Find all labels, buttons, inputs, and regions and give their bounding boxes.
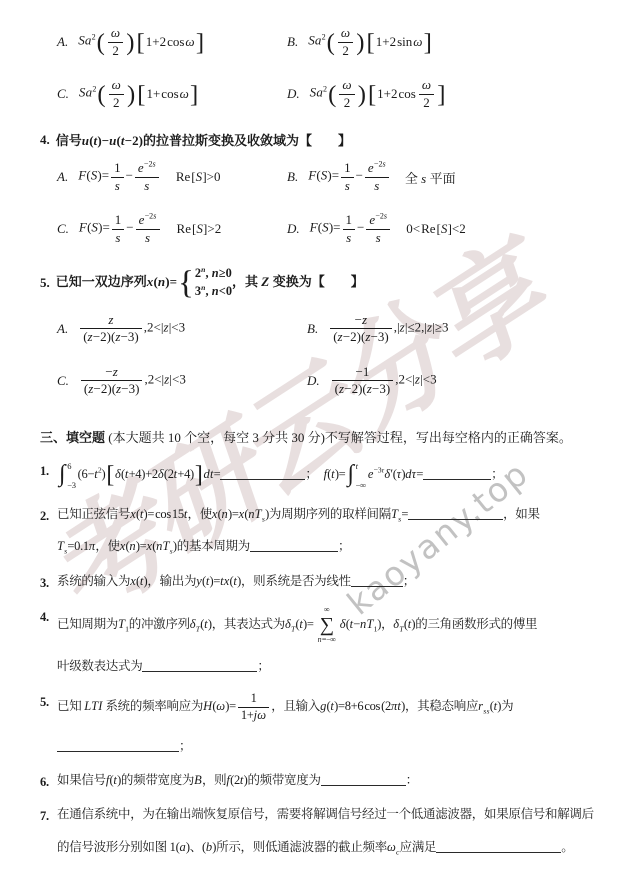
q3-option-a: A. Sa2(ω2)[1+2cosω]	[57, 20, 287, 64]
fill-item-3: 3. 系统的输入为x(t)，输出为y(t)=tx(t)，则系统是否为线性；	[40, 572, 612, 591]
blank-field	[220, 467, 305, 480]
item-line: 已知周期为T1的冲激序列δT(t)，其表达式为δT(t)=∞∑n=−∞δ(t−n…	[57, 606, 612, 644]
option-formula: z(z−2)(z−3),2<|z|<3	[78, 312, 185, 346]
q4-option-a: A. F(S)=1s−e−2ss Re[S]>0	[57, 155, 287, 199]
question5-options: A. z(z−2)(z−3),2<|z|<3 B. −z(z−2)(z−3),|…	[40, 307, 612, 403]
question-text: 信号u(t)−u(t−2)的拉普拉斯变换及收敛域为【 】	[56, 130, 351, 149]
option-label: A.	[57, 321, 68, 337]
option-formula: Sa2(ω2)[1+cosω]	[79, 77, 199, 111]
item-line: 在通信系统中，为在输出端恢复原信号，需要将解调信号经过一个低通滤波器，如果原信号…	[57, 805, 612, 824]
option-condition: 0<Re[S]<2	[406, 221, 466, 237]
q5-option-c: C. −z(z−2)(z−3),2<|z|<3	[57, 359, 307, 403]
option-formula: Sa2(ω2)[1+2sinω]	[308, 25, 433, 59]
blank-field	[250, 539, 338, 552]
item-line: 已知正弦信号x(t)=cos15t，使x(n)=x(nTs)为周期序列的取样间隔…	[57, 505, 612, 524]
item-line: 的信号波形分别如图 1(a)、(b)所示，则低通滤波器的截止频率ωc应满足。	[57, 838, 612, 857]
item-line: ；	[57, 737, 612, 756]
question4-stem: 4. 信号u(t)−u(t−2)的拉普拉斯变换及收敛域为【 】	[40, 130, 612, 149]
item-number: 7.	[40, 807, 49, 826]
q5-option-b: B. −z(z−2)(z−3),|z|≤2,|z|≥3	[307, 307, 612, 351]
q5-option-d: D. −1(z−2)(z−3),2<|z|<3	[307, 359, 612, 403]
q3-option-d: D. Sa2(ω2)[1+2cosω2]	[287, 72, 612, 116]
option-label: C.	[57, 373, 69, 389]
option-label: D.	[287, 221, 300, 237]
item-number: 3.	[40, 574, 49, 593]
blank-field	[57, 739, 179, 752]
option-condition: Re[S]>2	[176, 221, 222, 237]
blank-field	[408, 507, 503, 520]
item-number: 6.	[40, 773, 49, 792]
question-text: 已知一双边序列x(n)={2n, n≥03n, n<0，其 Z 变换为【 】	[56, 265, 364, 301]
fill-item-4: 4. 已知周期为T1的冲激序列δT(t)，其表达式为δT(t)=∞∑n=−∞δ(…	[40, 606, 612, 676]
item-number: 5.	[40, 693, 49, 712]
q4-option-c: C. F(S)=1s−e−2ss Re[S]>2	[57, 207, 287, 251]
fill-item-6: 6. 如果信号f(t)的频带宽度为B，则f(2t)的频带宽度为：	[40, 771, 612, 790]
option-label: A.	[57, 34, 68, 50]
option-formula: −z(z−2)(z−3),2<|z|<3	[79, 364, 186, 398]
fill-item-7: 7. 在通信系统中，为在输出端恢复原信号，需要将解调信号经过一个低通滤波器，如果…	[40, 805, 612, 857]
item-number: 2.	[40, 507, 49, 526]
option-label: D.	[307, 373, 320, 389]
fill-section-title: 三、填空题 (本大题共 10 个空，每空 3 分共 30 分)不写解答过程，写出…	[40, 427, 612, 446]
blank-field	[436, 840, 561, 853]
option-formula: F(S)=1s−e−2ss	[310, 212, 393, 246]
item-line: 如果信号f(t)的频带宽度为B，则f(2t)的频带宽度为：	[57, 771, 612, 790]
option-label: B.	[287, 34, 298, 50]
blank-field	[142, 659, 257, 672]
fill-item-5: 5. 已知 LTI 系统的频率响应为H(ω)=11+jω，且输入g(t)=8+6…	[40, 691, 612, 756]
option-formula: −1(z−2)(z−3),2<|z|<3	[330, 364, 437, 398]
fill-section: 1. ∫6−3(6−t2)[δ(t+4)+2δ(2t+4)]dt=； f(t)=…	[40, 460, 612, 857]
question-number: 5.	[40, 275, 50, 291]
exam-page: A. Sa2(ω2)[1+2cosω] B. Sa2(ω2)[1+2sinω] …	[0, 0, 626, 857]
option-label: C.	[57, 86, 69, 102]
question3-options: A. Sa2(ω2)[1+2cosω] B. Sa2(ω2)[1+2sinω] …	[40, 20, 612, 116]
option-formula: F(S)=1s−e−2ss	[78, 160, 161, 194]
section-title-bold: 三、填空题	[40, 430, 105, 445]
option-label: B.	[307, 321, 318, 337]
question4-options: A. F(S)=1s−e−2ss Re[S]>0 B. F(S)=1s−e−2s…	[40, 155, 612, 251]
item-line: 叶级数表达式为；	[57, 657, 612, 676]
option-condition: 全 s 平面	[405, 168, 456, 187]
item-number: 4.	[40, 608, 49, 627]
section-title-rest: (本大题共 10 个空，每空 3 分共 30 分)不写解答过程，写出每空格内的正…	[105, 430, 572, 445]
q5-option-a: A. z(z−2)(z−3),2<|z|<3	[57, 307, 307, 351]
item-line: 已知 LTI 系统的频率响应为H(ω)=11+jω，且输入g(t)=8+6cos…	[57, 691, 612, 723]
item-line: 系统的输入为x(t)，输出为y(t)=tx(t)，则系统是否为线性；	[57, 572, 612, 591]
blank-field	[321, 773, 406, 786]
option-label: C.	[57, 221, 69, 237]
option-condition: Re[S]>0	[175, 169, 221, 185]
q3-option-b: B. Sa2(ω2)[1+2sinω]	[287, 20, 612, 64]
blank-field	[423, 467, 491, 480]
option-formula: −z(z−2)(z−3),|z|≤2,|z|≥3	[328, 312, 448, 346]
blank-field	[351, 574, 403, 587]
q4-option-d: D. F(S)=1s−e−2ss 0<Re[S]<2	[287, 207, 612, 251]
question-number: 4.	[40, 132, 50, 148]
item-line: ∫6−3(6−t2)[δ(t+4)+2δ(2t+4)]dt=； f(t)=∫t−…	[57, 460, 612, 490]
fill-item-2: 2. 已知正弦信号x(t)=cos15t，使x(n)=x(nTs)为周期序列的取…	[40, 505, 612, 557]
item-line: Ts=0.1π，使x(n)=x(nTs)的基本周期为；	[57, 537, 612, 556]
option-formula: Sa2(ω2)[1+2cosω]	[78, 25, 205, 59]
option-label: A.	[57, 169, 68, 185]
item-number: 1.	[40, 462, 49, 481]
q4-option-b: B. F(S)=1s−e−2ss 全 s 平面	[287, 155, 612, 199]
q3-option-c: C. Sa2(ω2)[1+cosω]	[57, 72, 287, 116]
option-label: B.	[287, 169, 298, 185]
option-label: D.	[287, 86, 300, 102]
option-formula: F(S)=1s−e−2ss	[79, 212, 162, 246]
fill-item-1: 1. ∫6−3(6−t2)[δ(t+4)+2δ(2t+4)]dt=； f(t)=…	[40, 460, 612, 490]
question5-stem: 5. 已知一双边序列x(n)={2n, n≥03n, n<0，其 Z 变换为【 …	[40, 265, 612, 301]
option-formula: Sa2(ω2)[1+2cosω2]	[310, 77, 447, 111]
option-formula: F(S)=1s−e−2ss	[308, 160, 391, 194]
